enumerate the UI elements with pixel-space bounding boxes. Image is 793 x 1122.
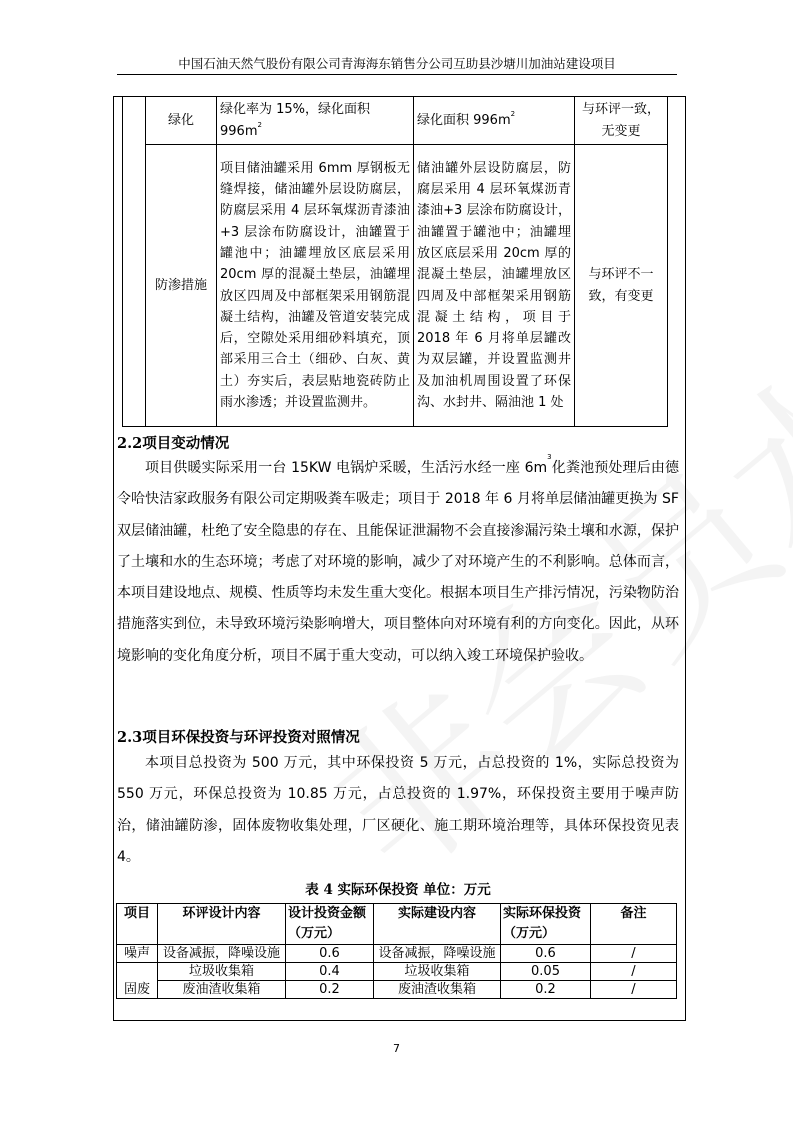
actual-content-cell: 垃圾收集箱 <box>374 963 501 981</box>
table-row: 固废 垃圾收集箱 0.4 垃圾收集箱 0.05 / <box>117 963 677 981</box>
running-header: 中国石油天然气股份有限公司青海海东销售分公司互助县沙塘川加油站建设项目 <box>117 54 677 74</box>
note-cell: / <box>591 981 677 999</box>
table-header-row: 项目 环评设计内容 设计投资金额（万元） 实际建设内容 实际环保投资（万元） 备… <box>117 904 677 945</box>
result-cell: 与环评不一致，有变更 <box>575 145 668 427</box>
result-cell: 与环评一致，无变更 <box>575 97 668 145</box>
category-cell: 固废 <box>117 963 158 999</box>
table-row: 废油渣收集箱 0.2 废油渣收集箱 0.2 / <box>117 981 677 999</box>
header-rule <box>117 74 677 75</box>
actual-content-cell: 废油渣收集箱 <box>374 981 501 999</box>
planned-content-cell: 垃圾收集箱 <box>158 963 286 981</box>
actual-amount-cell: 0.05 <box>501 963 591 981</box>
planned-text: 绿化率为 15%，绿化面积 996m <box>220 102 370 138</box>
note-cell: / <box>591 963 677 981</box>
actual-cell: 储油罐外层设防腐层，防腐层采用 4 层环氧煤沥青漆油+3 层涂布防腐设计，油罐置… <box>414 145 575 427</box>
header-cell: 备注 <box>591 904 677 945</box>
planned-amount-cell: 0.4 <box>286 963 374 981</box>
section-heading-2-3: 2.3项目环保投资与环评投资对照情况 <box>117 726 360 747</box>
category-cell: 噪声 <box>117 945 158 963</box>
table-row: 绿化 绿化率为 15%，绿化面积 996m2 绿化面积 996m2 与环评一致，… <box>123 97 668 145</box>
table-row: 噪声 设备减振，降噪设施 0.6 设备减振，降噪设施 0.6 / <box>117 945 677 963</box>
section-2-3-paragraph: 本项目总投资为 500 万元，其中环保投资 5 万元，占总投资的 1%，实际总投… <box>117 748 679 873</box>
note-cell: / <box>591 945 677 963</box>
actual-amount-cell: 0.6 <box>501 945 591 963</box>
actual-content-cell: 设备减振，降噪设施 <box>374 945 501 963</box>
planned-amount-cell: 0.6 <box>286 945 374 963</box>
table4-caption: 表 4 实际环保投资 单位：万元 <box>117 878 679 898</box>
header-cell: 实际建设内容 <box>374 904 501 945</box>
investment-table: 项目 环评设计内容 设计投资金额（万元） 实际建设内容 实际环保投资（万元） 备… <box>116 903 677 999</box>
header-cell: 实际环保投资（万元） <box>501 904 591 945</box>
header-cell: 环评设计内容 <box>158 904 286 945</box>
planned-content-cell: 废油渣收集箱 <box>158 981 286 999</box>
planned-cell: 绿化率为 15%，绿化面积 996m2 <box>217 97 414 145</box>
actual-text: 绿化面积 996m <box>417 113 511 128</box>
header-cell: 设计投资金额（万元） <box>286 904 374 945</box>
paragraph-text: 项目供暖实际采用一台 15KW 电锅炉采暖，生活污水经一座 6m <box>145 460 547 476</box>
planned-content-cell: 设备减振，降噪设施 <box>158 945 286 963</box>
paragraph-text: 化粪池预处理后由德令哈快洁家政服务有限公司定期吸粪车吸走；项目于 2018 年 … <box>117 460 679 664</box>
table-row: 防渗措施 项目储油罐采用 6mm 厚钢板无缝焊接，储油罐外层设防腐层，防腐层采用… <box>123 145 668 427</box>
item-cell: 防渗措施 <box>146 145 217 427</box>
section-2-2-paragraph: 项目供暖实际采用一台 15KW 电锅炉采暖，生活污水经一座 6m3化粪池预处理后… <box>117 453 679 672</box>
planned-cell: 项目储油罐采用 6mm 厚钢板无缝焊接，储油罐外层设防腐层，防腐层采用 4 层环… <box>217 145 414 427</box>
item-cell: 绿化 <box>146 97 217 145</box>
page-number: 7 <box>0 1042 793 1055</box>
planned-amount-cell: 0.2 <box>286 981 374 999</box>
blank-cell <box>123 97 146 427</box>
superscript: 2 <box>511 110 515 118</box>
header-cell: 项目 <box>117 904 158 945</box>
actual-amount-cell: 0.2 <box>501 981 591 999</box>
section-heading-2-2: 2.2项目变动情况 <box>117 432 229 453</box>
superscript: 2 <box>257 121 261 129</box>
actual-cell: 绿化面积 996m2 <box>414 97 575 145</box>
comparison-table: 绿化 绿化率为 15%，绿化面积 996m2 绿化面积 996m2 与环评一致，… <box>122 96 668 427</box>
